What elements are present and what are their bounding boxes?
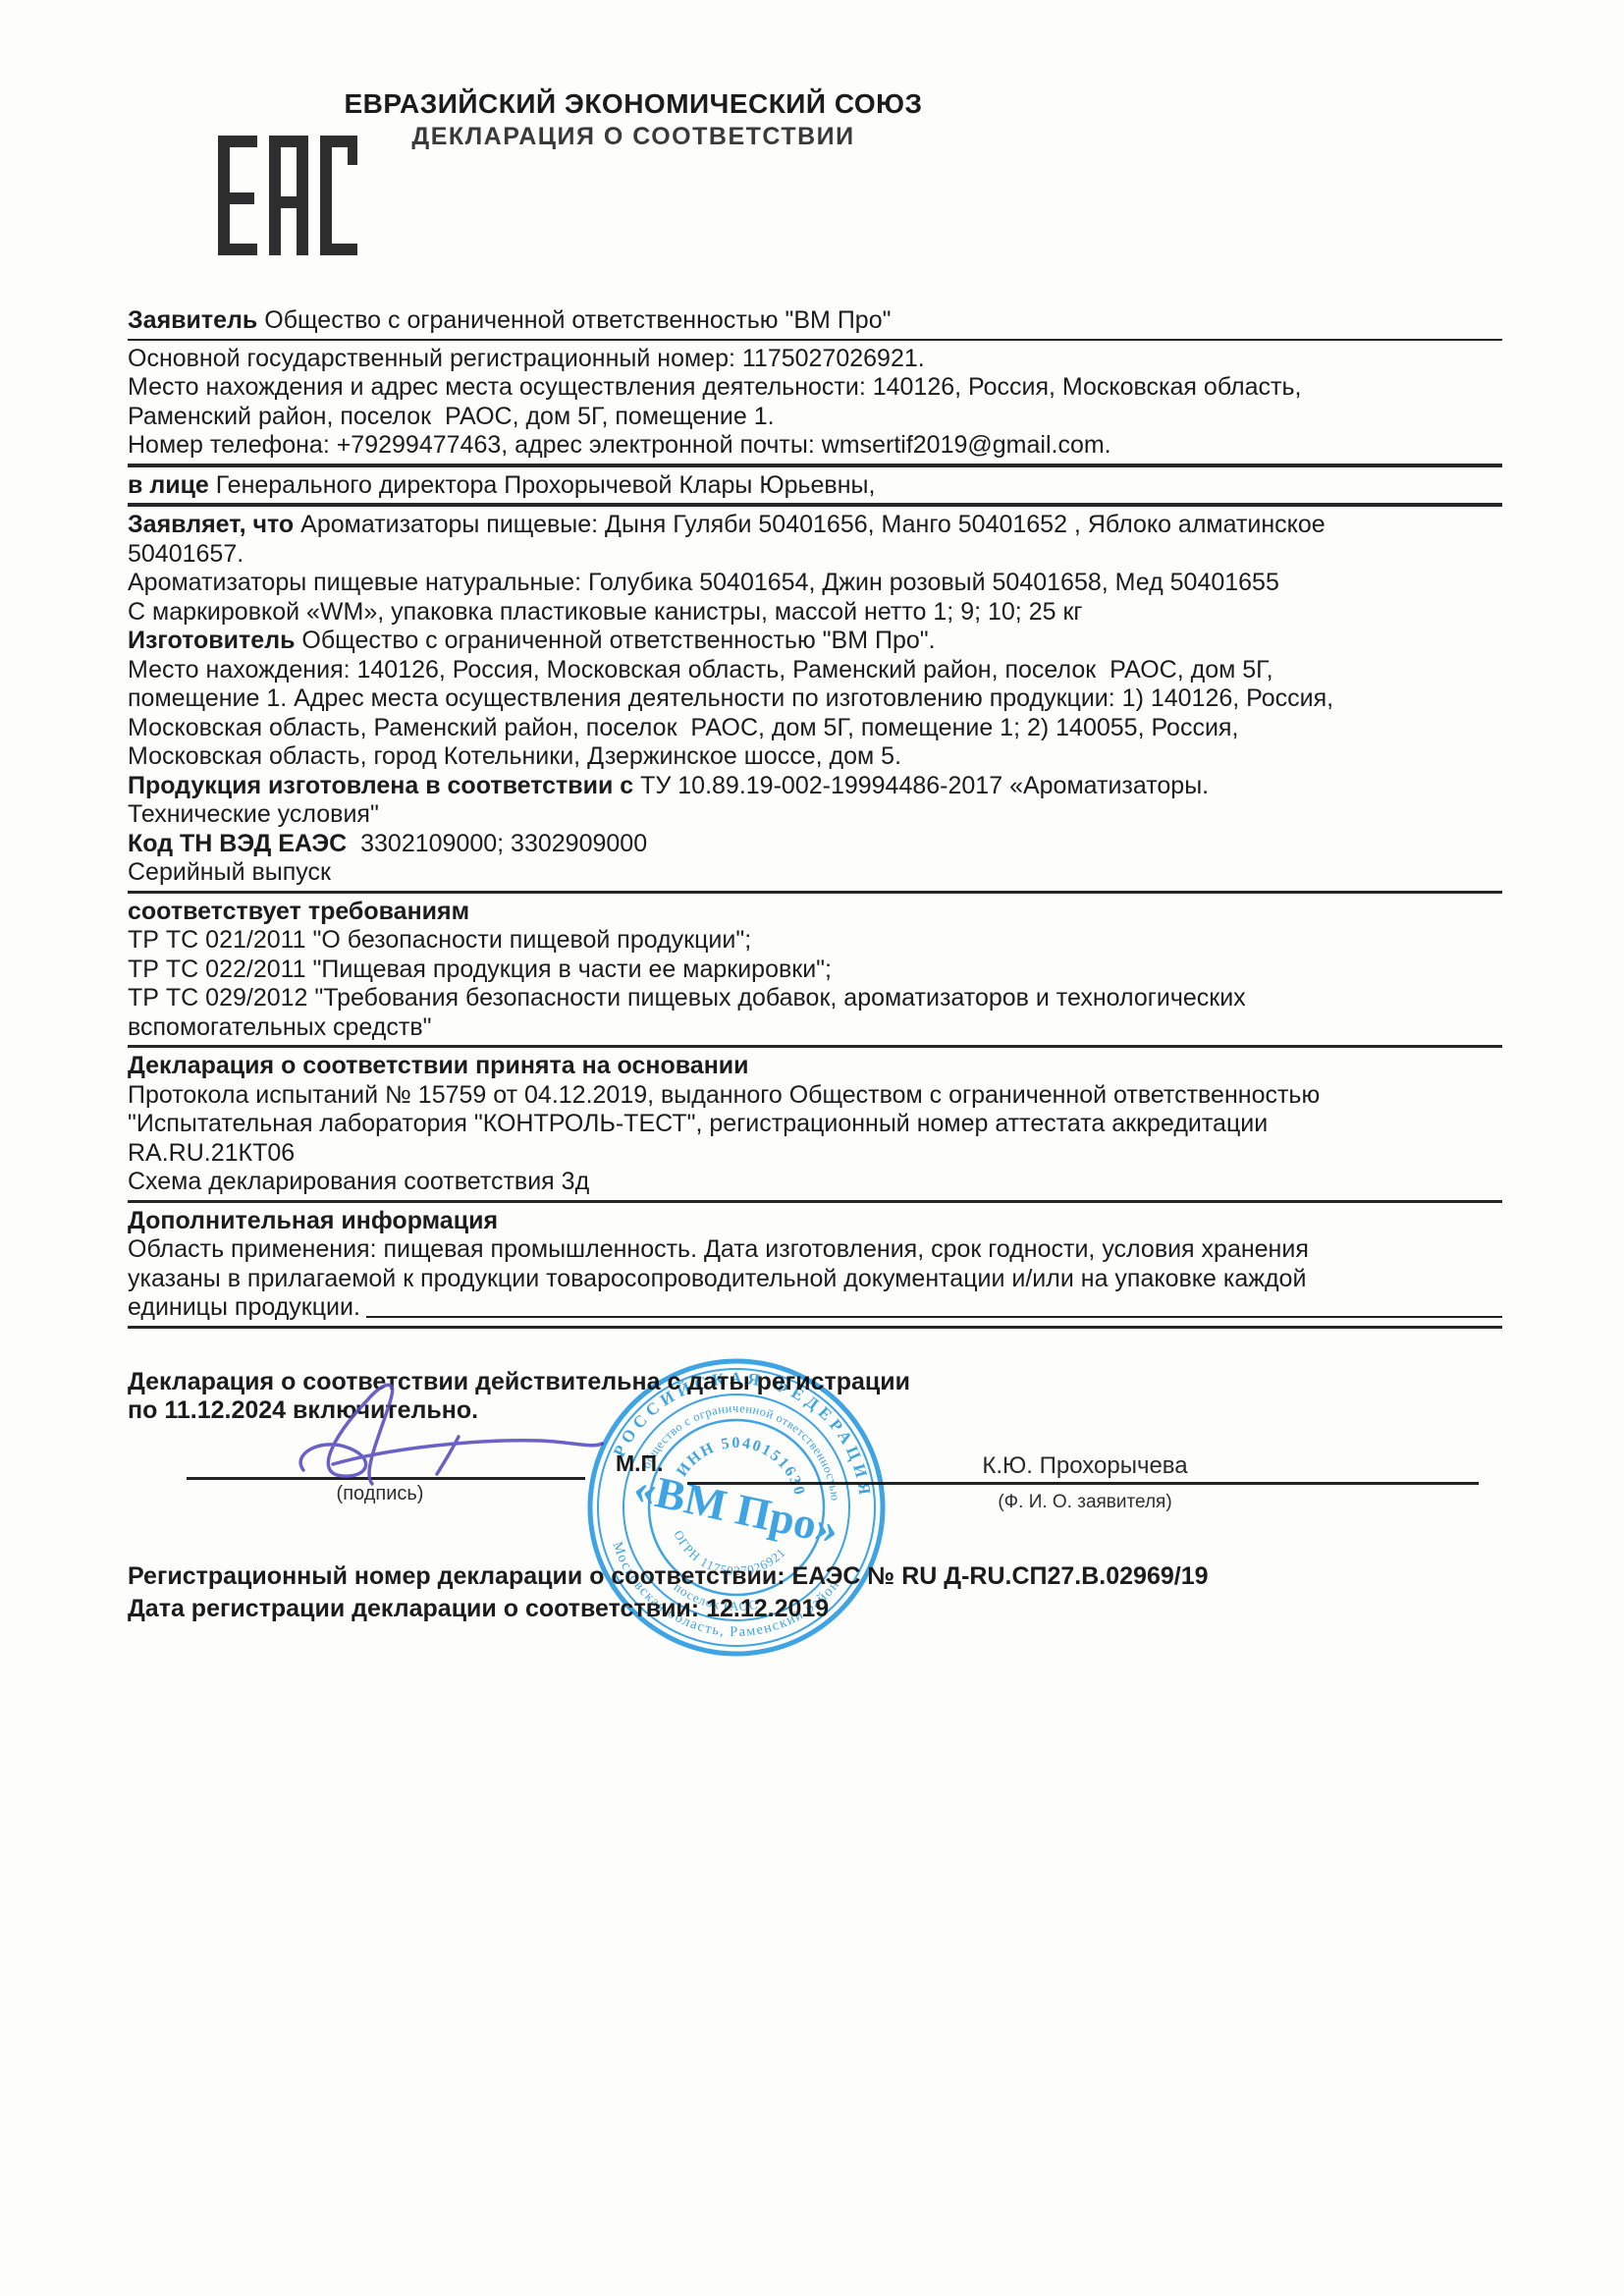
- registration-block: Регистрационный номер декларации о соотв…: [128, 1560, 1209, 1625]
- fio-caption: (Ф. И. О. заявителя): [933, 1492, 1237, 1513]
- text-line: Раменский район, поселок РАОС, дом 5Г, п…: [128, 403, 1502, 432]
- union-title: ЕВРАЗИЙСКИЙ ЭКОНОМИЧЕСКИЙ СОЮЗ: [0, 88, 1267, 120]
- text-line: Технические условия": [128, 800, 1502, 830]
- handwritten-signature: [290, 1380, 614, 1498]
- manufacturer-line: Изготовитель Общество с ограниченной отв…: [128, 627, 1502, 656]
- registration-number-line: Регистрационный номер декларации о соотв…: [128, 1560, 1209, 1593]
- produced-label: Продукция изготовлена в соответствии с: [128, 772, 633, 799]
- compliance-heading: соответствует требованиям: [128, 898, 1502, 927]
- divider: [128, 1326, 1502, 1329]
- applicant-label: Заявитель: [128, 306, 257, 334]
- registration-date-line: Дата регистрации декларации о соответств…: [128, 1593, 1209, 1625]
- last-line-with-blank: единицы продукции.: [128, 1293, 1502, 1323]
- representative-line: в лице Генерального директора Прохорычев…: [128, 471, 1502, 501]
- declares-value: Ароматизаторы пищевые: Дыня Гуляби 50401…: [300, 511, 1326, 538]
- applicant-line: Заявитель Общество с ограниченной ответс…: [128, 306, 1502, 336]
- document-body: Заявитель Общество с ограниченной ответс…: [128, 306, 1502, 1426]
- declares-label: Заявляет, что: [128, 511, 294, 538]
- text-line: Московская область, город Котельники, Дз…: [128, 742, 1502, 772]
- applicant-details-section: Основной государственный регистрационный…: [128, 345, 1502, 461]
- divider: [128, 891, 1502, 894]
- text-line: ТР ТС 029/2012 "Требования безопасности …: [128, 984, 1502, 1013]
- produced-value: ТУ 10.89.19-002-19994486-2017 «Ароматиза…: [640, 772, 1209, 799]
- representative-label: в лице: [128, 471, 209, 499]
- applicant-value: Общество с ограниченной ответственностью…: [264, 306, 891, 334]
- applicant-section: Заявитель Общество с ограниченной ответс…: [128, 306, 1502, 336]
- tnved-line: Код ТН ВЭД ЕАЭС 3302109000; 3302909000: [128, 830, 1502, 859]
- stamp-company-name: «ВМ Про»: [629, 1463, 842, 1555]
- text-line: Номер телефона: +79299477463, адрес элек…: [128, 431, 1502, 461]
- additional-heading: Дополнительная информация: [128, 1207, 1502, 1236]
- produced-line: Продукция изготовлена в соответствии с Т…: [128, 772, 1502, 801]
- blank-fill-line: [366, 1293, 1502, 1318]
- document-type-title: ДЕКЛАРАЦИЯ О СООТВЕТСТВИИ: [0, 123, 1267, 151]
- text-line: ТР ТС 022/2011 "Пищевая продукция в част…: [128, 956, 1502, 985]
- divider: [128, 339, 1502, 341]
- manufacturer-value: Общество с ограниченной ответственностью…: [301, 627, 935, 654]
- text-line: RA.RU.21КТ06: [128, 1139, 1502, 1169]
- eac-mark-icon: [218, 136, 357, 255]
- divider: [128, 503, 1502, 507]
- representative-value: Генерального директора Прохорычевой Клар…: [216, 471, 876, 499]
- additional-info-section: Дополнительная информация Область примен…: [128, 1207, 1502, 1323]
- declaration-document: ЕВРАЗИЙСКИЙ ЭКОНОМИЧЕСКИЙ СОЮЗ ДЕКЛАРАЦИ…: [0, 0, 1624, 2296]
- manufacturer-label: Изготовитель: [128, 627, 295, 654]
- serial-release: Серийный выпуск: [128, 858, 1502, 888]
- declares-line: Заявляет, что Ароматизаторы пищевые: Дын…: [128, 511, 1502, 540]
- applicant-fio: К.Ю. Прохорычева: [933, 1452, 1237, 1480]
- text-line: 50401657.: [128, 540, 1502, 570]
- text-line: Протокола испытаний № 15759 от 04.12.201…: [128, 1081, 1502, 1111]
- document-header: ЕВРАЗИЙСКИЙ ЭКОНОМИЧЕСКИЙ СОЮЗ ДЕКЛАРАЦИ…: [0, 88, 1267, 151]
- text-line: Основной государственный регистрационный…: [128, 345, 1502, 374]
- tnved-label: Код ТН ВЭД ЕАЭС: [128, 830, 347, 857]
- representative-section: в лице Генерального директора Прохорычев…: [128, 471, 1502, 501]
- text-line: указаны в прилагаемой к продукции товаро…: [128, 1265, 1502, 1294]
- divider: [128, 1045, 1502, 1048]
- text-line: Место нахождения и адрес места осуществл…: [128, 373, 1502, 403]
- company-round-stamp: РОССИЙСКАЯ ФЕДЕРАЦИЯ Московская область,…: [568, 1339, 905, 1676]
- text-line: Схема декларирования соответствия 3д: [128, 1168, 1502, 1197]
- text-line: Ароматизаторы пищевые натуральные: Голуб…: [128, 569, 1502, 598]
- text-line: ТР ТС 021/2011 "О безопасности пищевой п…: [128, 926, 1502, 956]
- text-line: Область применения: пищевая промышленнос…: [128, 1235, 1502, 1265]
- divider: [128, 1200, 1502, 1203]
- text-line: вспомогательных средств": [128, 1013, 1502, 1043]
- tnved-value: 3302109000; 3302909000: [360, 830, 647, 857]
- text-line: Место нахождения: 140126, Россия, Москов…: [128, 656, 1502, 685]
- text-line: помещение 1. Адрес места осуществления д…: [128, 684, 1502, 714]
- text-line: Московская область, Раменский район, пос…: [128, 714, 1502, 743]
- text-line: единицы продукции.: [128, 1293, 360, 1323]
- compliance-section: соответствует требованиям ТР ТС 021/2011…: [128, 898, 1502, 1043]
- text-line: С маркировкой «WM», упаковка пластиковые…: [128, 598, 1502, 628]
- declaration-subject-section: Заявляет, что Ароматизаторы пищевые: Дын…: [128, 511, 1502, 888]
- basis-section: Декларация о соответствии принята на осн…: [128, 1052, 1502, 1197]
- text-line: "Испытательная лаборатория "КОНТРОЛЬ-ТЕС…: [128, 1110, 1502, 1139]
- basis-heading: Декларация о соответствии принята на осн…: [128, 1052, 1502, 1081]
- divider: [128, 464, 1502, 467]
